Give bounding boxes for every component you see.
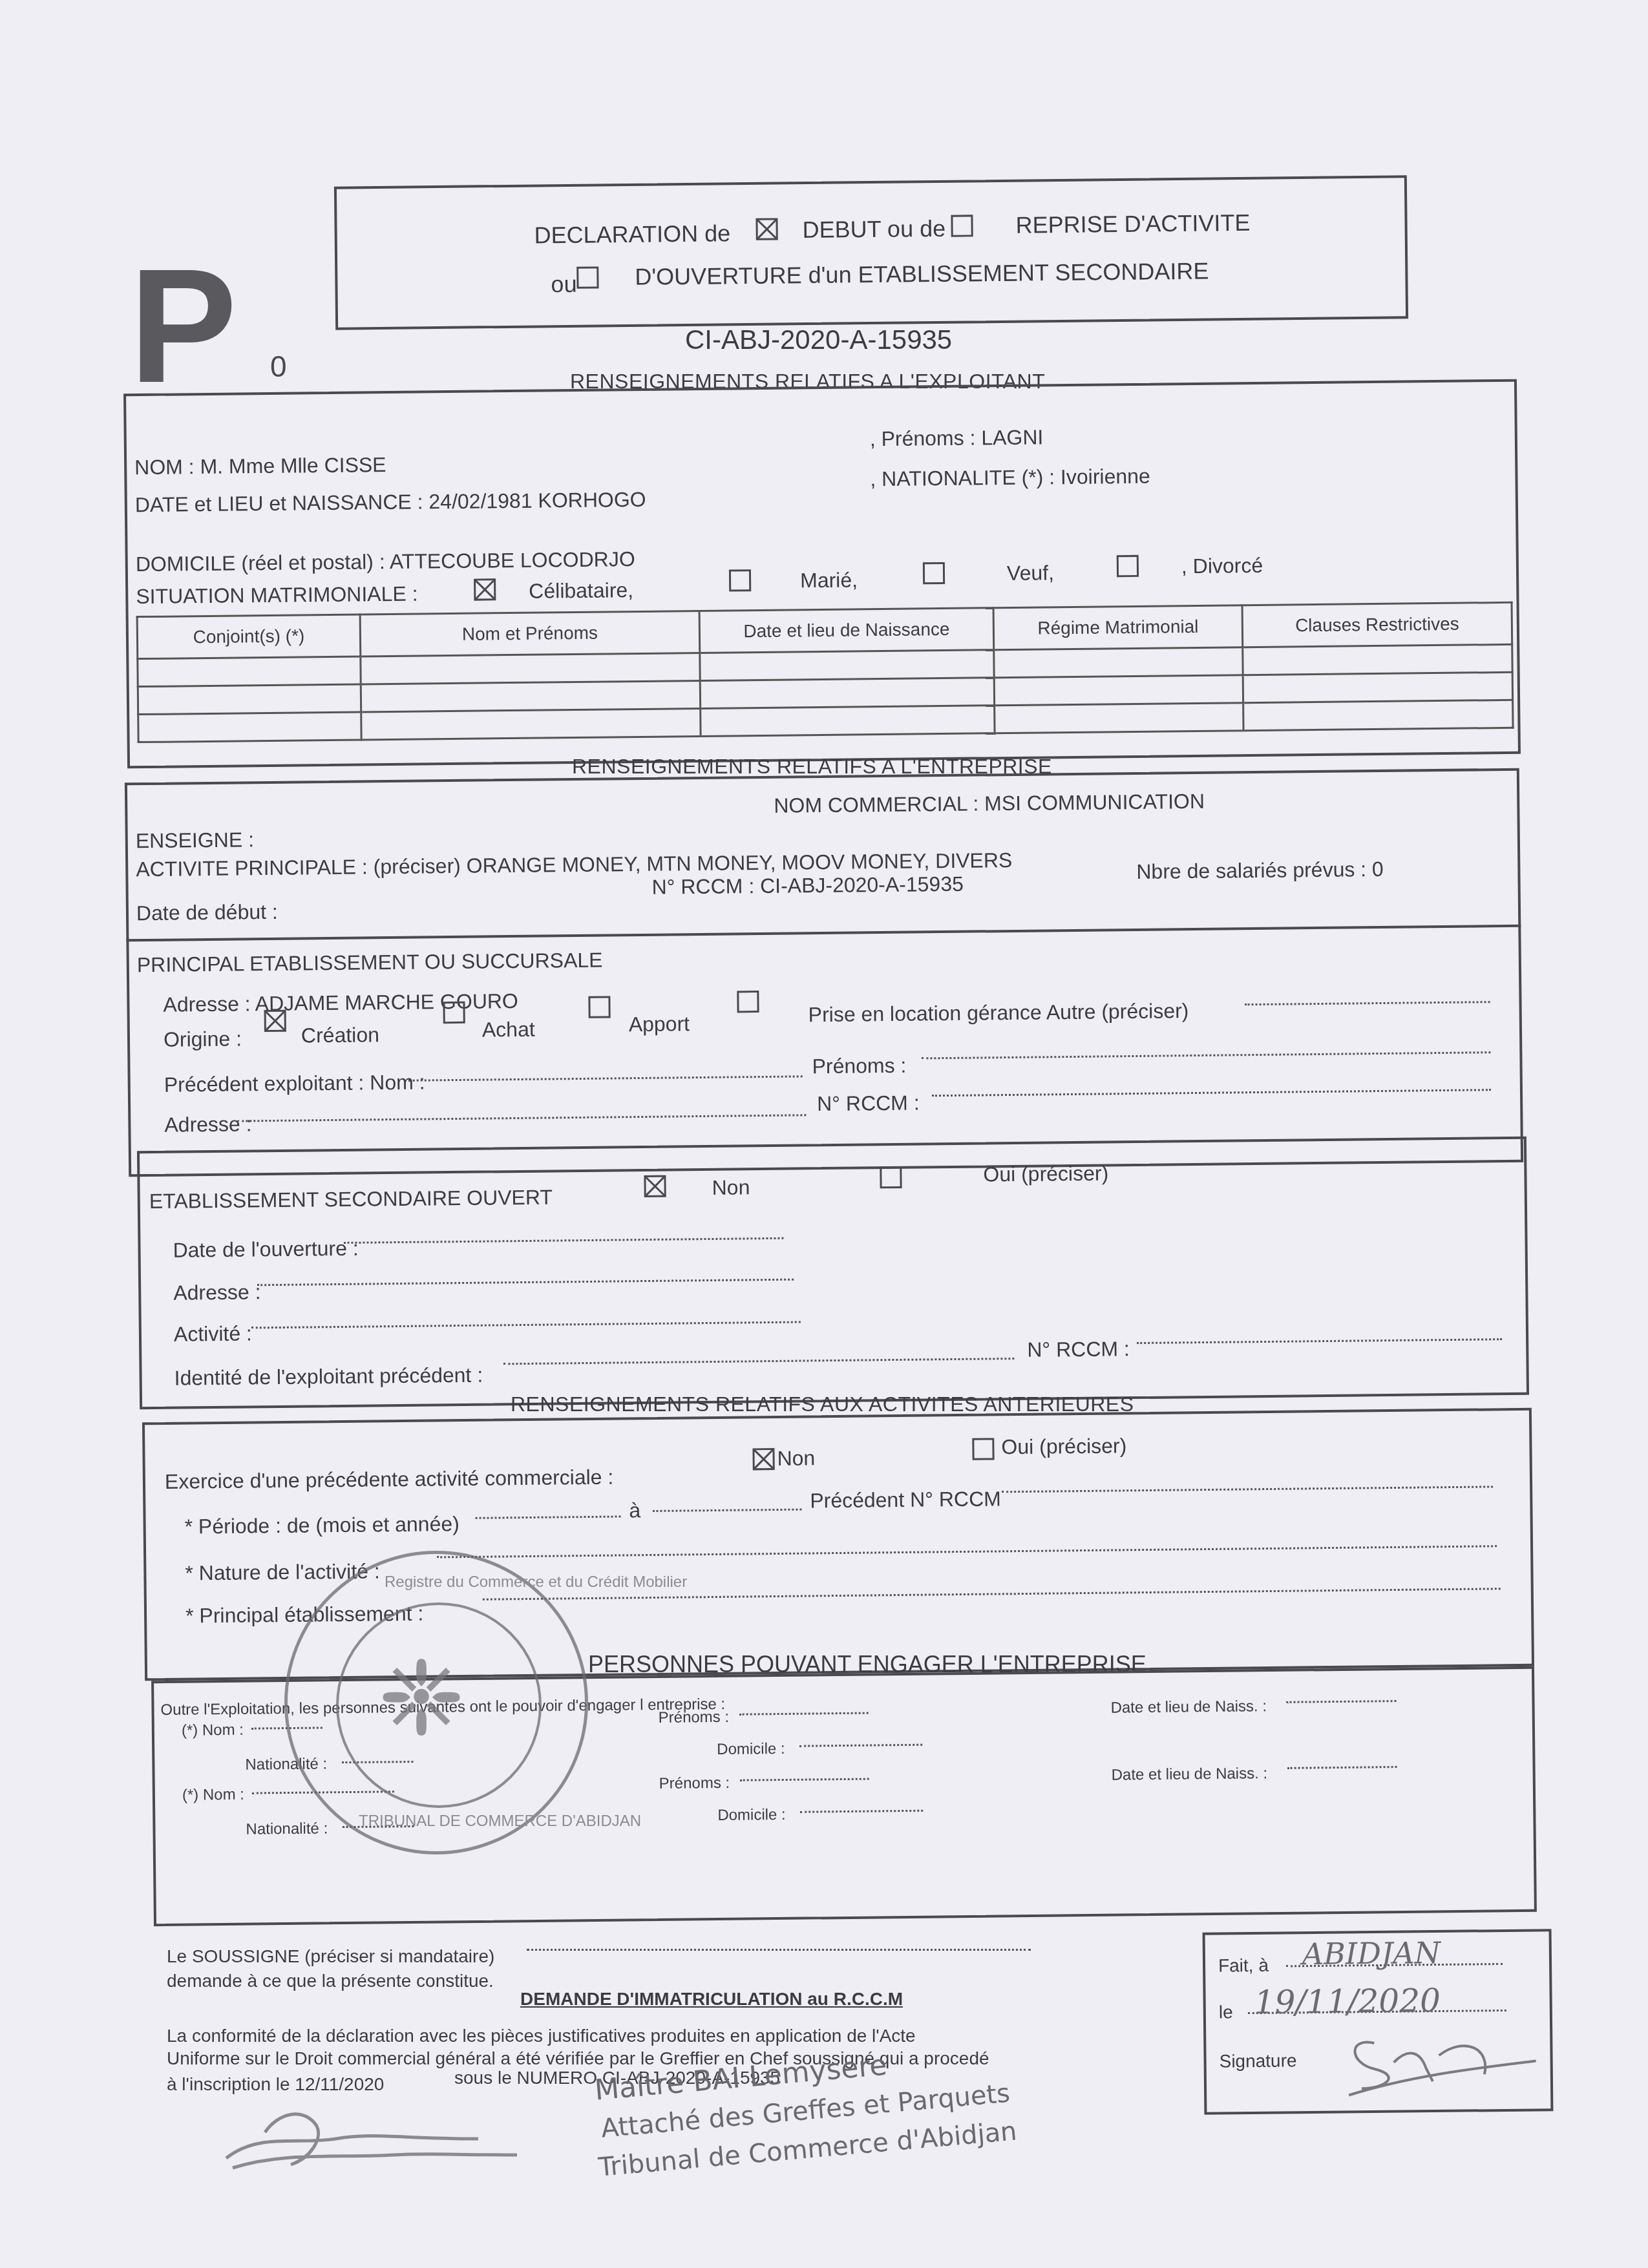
origine-label: Origine : — [164, 1027, 242, 1051]
checkbox-exercice-oui[interactable] — [972, 1438, 994, 1460]
date-debut-field: Date de début : — [136, 900, 278, 925]
option-ouverture-label: D'OUVERTURE d'un ETABLISSEMENT SECONDAIR… — [635, 258, 1209, 291]
table-cell[interactable] — [138, 656, 361, 687]
stamp-outer-text: Registre du Commerce et du Crédit Mobili… — [385, 1573, 687, 1591]
ou-label: ou — [551, 271, 576, 298]
marie-label: Marié, — [800, 568, 858, 593]
rccm-field: N° RCCM : CI-ABJ-2020-A-15935 — [651, 872, 964, 899]
autre-field[interactable] — [1244, 996, 1490, 1005]
table-cell[interactable] — [700, 678, 994, 709]
le-label: le — [1219, 2002, 1233, 2022]
checkbox-secondaire-non[interactable] — [644, 1175, 666, 1197]
periode-a-label: à — [629, 1498, 640, 1522]
table-cell[interactable] — [1243, 644, 1512, 675]
exploitant-box: NOM : M. Mme Mlle CISSE , Prénoms : LAGN… — [123, 379, 1521, 769]
nature-field[interactable] — [437, 1540, 1497, 1558]
precedent-nom-field[interactable] — [408, 1070, 803, 1081]
demande-title: DEMANDE D'IMMATRICULATION au R.C.C.M — [520, 1989, 903, 2010]
table-cell[interactable] — [361, 680, 700, 711]
person2-naiss-field[interactable] — [1287, 1761, 1397, 1769]
soussigne-label: Le SOUSSIGNE (préciser si mandataire) — [167, 1946, 494, 1967]
secondaire-adresse-field[interactable] — [257, 1274, 794, 1286]
registration-number: CI-ABJ-2020-A-15935 — [685, 324, 952, 355]
person2-nom-label: (*) Nom : — [182, 1786, 244, 1805]
header-conjoint: Conjoint(s) (*) — [137, 614, 361, 659]
elephant-emblem-icon: ❈ — [378, 1638, 465, 1759]
person2-naiss-label: Date et lieu de Naiss. : — [1112, 1765, 1268, 1785]
person2-prenoms-label: Prénoms : — [659, 1774, 730, 1793]
option-reprise-label: REPRISE D'ACTIVITE — [1015, 209, 1250, 239]
table-cell[interactable] — [1243, 700, 1513, 730]
table-cell[interactable] — [361, 653, 700, 684]
periode-label: * Période : de (mois et année) — [184, 1512, 459, 1538]
periode-de-field[interactable] — [475, 1511, 620, 1519]
nom-field: NOM : M. Mme Mlle CISSE — [134, 453, 386, 479]
precedent-rccm-field[interactable] — [932, 1084, 1491, 1097]
person1-domicile-label: Domicile : — [717, 1740, 785, 1759]
identite-label: Identité de l'exploitant précédent : — [174, 1363, 483, 1391]
table-cell[interactable] — [701, 706, 995, 737]
secondaire-non-label: Non — [712, 1175, 750, 1200]
person2-domicile-field[interactable] — [800, 1805, 923, 1813]
secondaire-activite-field[interactable] — [251, 1316, 801, 1329]
table-cell[interactable] — [1243, 672, 1512, 702]
table-cell[interactable] — [361, 708, 701, 739]
checkbox-secondaire-oui[interactable] — [880, 1166, 902, 1188]
soussigne-field[interactable] — [527, 1944, 1031, 1951]
identite-field[interactable] — [503, 1352, 1014, 1365]
person1-prenoms-label: Prénoms : — [659, 1708, 730, 1727]
table-cell[interactable] — [138, 684, 361, 715]
checkbox-reprise[interactable] — [951, 215, 973, 236]
person2-nationalite-label: Nationalité : — [246, 1820, 328, 1838]
checkbox-celibataire[interactable] — [474, 578, 496, 600]
person1-domicile-field[interactable] — [799, 1739, 922, 1747]
divorce-label: , Divorcé — [1181, 554, 1263, 578]
checkbox-marie[interactable] — [729, 569, 751, 591]
exercice-non-label: Non — [777, 1446, 815, 1471]
fait-label: Fait, à — [1218, 1955, 1269, 1977]
person1-prenoms-field[interactable] — [739, 1707, 869, 1716]
table-cell[interactable] — [995, 703, 1243, 733]
declaration-prefix: DECLARATION de — [534, 220, 730, 249]
applicant-signature[interactable] — [1335, 2022, 1543, 2101]
official-stamp: ❈ Registre du Commerce et du Crédit Mobi… — [284, 1551, 588, 1854]
signature-label: Signature — [1219, 2050, 1296, 2072]
le-value: 19/11/2020 — [1254, 1982, 1441, 2021]
situation-label: SITUATION MATRIMONIALE : — [136, 582, 418, 609]
greffier-signature — [207, 2094, 607, 2190]
fait-value: ABIDJAN — [1302, 1935, 1441, 1971]
periode-a-field[interactable] — [653, 1504, 801, 1512]
nationalite-field: , NATIONALITE (*) : Ivoirienne — [870, 465, 1150, 492]
checkbox-creation[interactable] — [264, 1010, 286, 1032]
domicile-field: DOMICILE (réel et postal) : ATTECOUBE LO… — [136, 547, 635, 576]
declaration-header-box: DECLARATION de DEBUT ou de REPRISE D'ACT… — [334, 175, 1408, 330]
etablissement-secondaire-title: ETABLISSEMENT SECONDAIRE OUVERT — [149, 1186, 553, 1214]
form-code-index: 0 — [270, 349, 287, 384]
precedent-nom-label: Précédent exploitant : Nom : — [164, 1070, 425, 1097]
etablissement-secondaire-box: ETABLISSEMENT SECONDAIRE OUVERT Non Oui … — [137, 1137, 1529, 1409]
conformite-line1: La conformité de la déclaration avec les… — [167, 2026, 916, 2046]
nom-commercial-field: NOM COMMERCIAL : MSI COMMUNICATION — [774, 790, 1205, 818]
achat-label: Achat — [482, 1018, 535, 1042]
header-clauses: Clauses Restrictives — [1242, 602, 1512, 647]
exercice-oui-label: Oui (préciser) — [1001, 1434, 1126, 1459]
principal-etablissement-title: PRINCIPAL ETABLISSEMENT OU SUCCURSALE — [137, 949, 603, 978]
prenoms-field: , Prénoms : LAGNI — [870, 425, 1044, 451]
demande-text: demande à ce que la présente constitue. — [167, 1971, 494, 1991]
precedent-rccm-label: N° RCCM : — [817, 1091, 920, 1116]
enseigne-field: ENSEIGNE : — [136, 828, 255, 853]
precedent-prenoms-field[interactable] — [922, 1046, 1490, 1059]
fait-box: Fait, à ABIDJAN le 19/11/2020 Signature — [1203, 1929, 1554, 2115]
checkbox-veuf[interactable] — [923, 562, 945, 584]
header-regime: Régime Matrimonial — [993, 605, 1243, 650]
form-code-letter: P — [129, 246, 237, 407]
entreprise-box: NOM COMMERCIAL : MSI COMMUNICATION ENSEI… — [125, 768, 1523, 1177]
secondaire-oui-label: Oui (préciser) — [983, 1162, 1108, 1187]
precedent-prenoms-label: Prénoms : — [812, 1054, 906, 1079]
table-cell[interactable] — [994, 647, 1243, 678]
exercice-label: Exercice d'une précédente activité comme… — [165, 1465, 614, 1494]
header-nom-prenoms: Nom et Prénoms — [360, 611, 700, 656]
person2-domicile-label: Domicile : — [717, 1806, 786, 1825]
checkbox-divorce[interactable] — [1117, 555, 1139, 577]
checkbox-apport[interactable] — [588, 996, 610, 1018]
veuf-label: Veuf, — [1007, 561, 1054, 585]
inscription-date: à l'inscription le 12/11/2020 — [167, 2074, 384, 2095]
conjoint-table: Conjoint(s) (*) Nom et Prénoms Date et l… — [136, 602, 1514, 743]
checkbox-debut[interactable] — [755, 218, 777, 240]
creation-label: Création — [301, 1023, 379, 1047]
secondaire-rccm-field[interactable] — [1137, 1333, 1502, 1344]
person1-nom-label: (*) Nom : — [182, 1721, 244, 1740]
table-cell[interactable] — [700, 650, 994, 681]
precedent-rccm-label-2: Précédent N° RCCM — [810, 1487, 1001, 1513]
checkbox-exercice-non[interactable] — [752, 1448, 774, 1470]
salaries-field: Nbre de salariés prévus : 0 — [1136, 857, 1384, 884]
option-debut-label: DEBUT ou de — [802, 215, 945, 244]
celibataire-label: Célibataire, — [529, 578, 633, 604]
location-gerance-label: Prise en location gérance Autre (précise… — [808, 999, 1188, 1027]
checkbox-location-gerance[interactable] — [737, 991, 759, 1013]
table-cell[interactable] — [994, 675, 1243, 706]
checkbox-ouverture[interactable] — [576, 266, 598, 288]
adresse2-field[interactable] — [237, 1109, 806, 1122]
naissance-field: DATE et LIEU et NAISSANCE : 24/02/1981 K… — [135, 488, 646, 517]
apport-label: Apport — [629, 1012, 690, 1036]
header-naissance: Date et lieu de Naissance — [699, 608, 994, 653]
person2-prenoms-field[interactable] — [740, 1773, 869, 1781]
divider — [126, 925, 1521, 942]
table-cell[interactable] — [138, 712, 361, 742]
person1-naiss-field[interactable] — [1286, 1695, 1396, 1703]
date-ouverture-label: Date de l'ouverture : — [173, 1237, 359, 1263]
precedent-rccm-field-2[interactable] — [1002, 1480, 1493, 1493]
date-ouverture-field[interactable] — [344, 1232, 783, 1244]
person1-naiss-label: Date et lieu de Naiss. : — [1110, 1697, 1267, 1717]
secondaire-rccm-label: N° RCCM : — [1027, 1337, 1130, 1362]
checkbox-achat[interactable] — [443, 1002, 465, 1024]
stamp-inner-text: TRIBUNAL DE COMMERCE D'ABIDJAN — [359, 1812, 641, 1831]
secondaire-activite-label: Activité : — [174, 1321, 252, 1346]
secondaire-adresse-label: Adresse : — [173, 1280, 261, 1305]
